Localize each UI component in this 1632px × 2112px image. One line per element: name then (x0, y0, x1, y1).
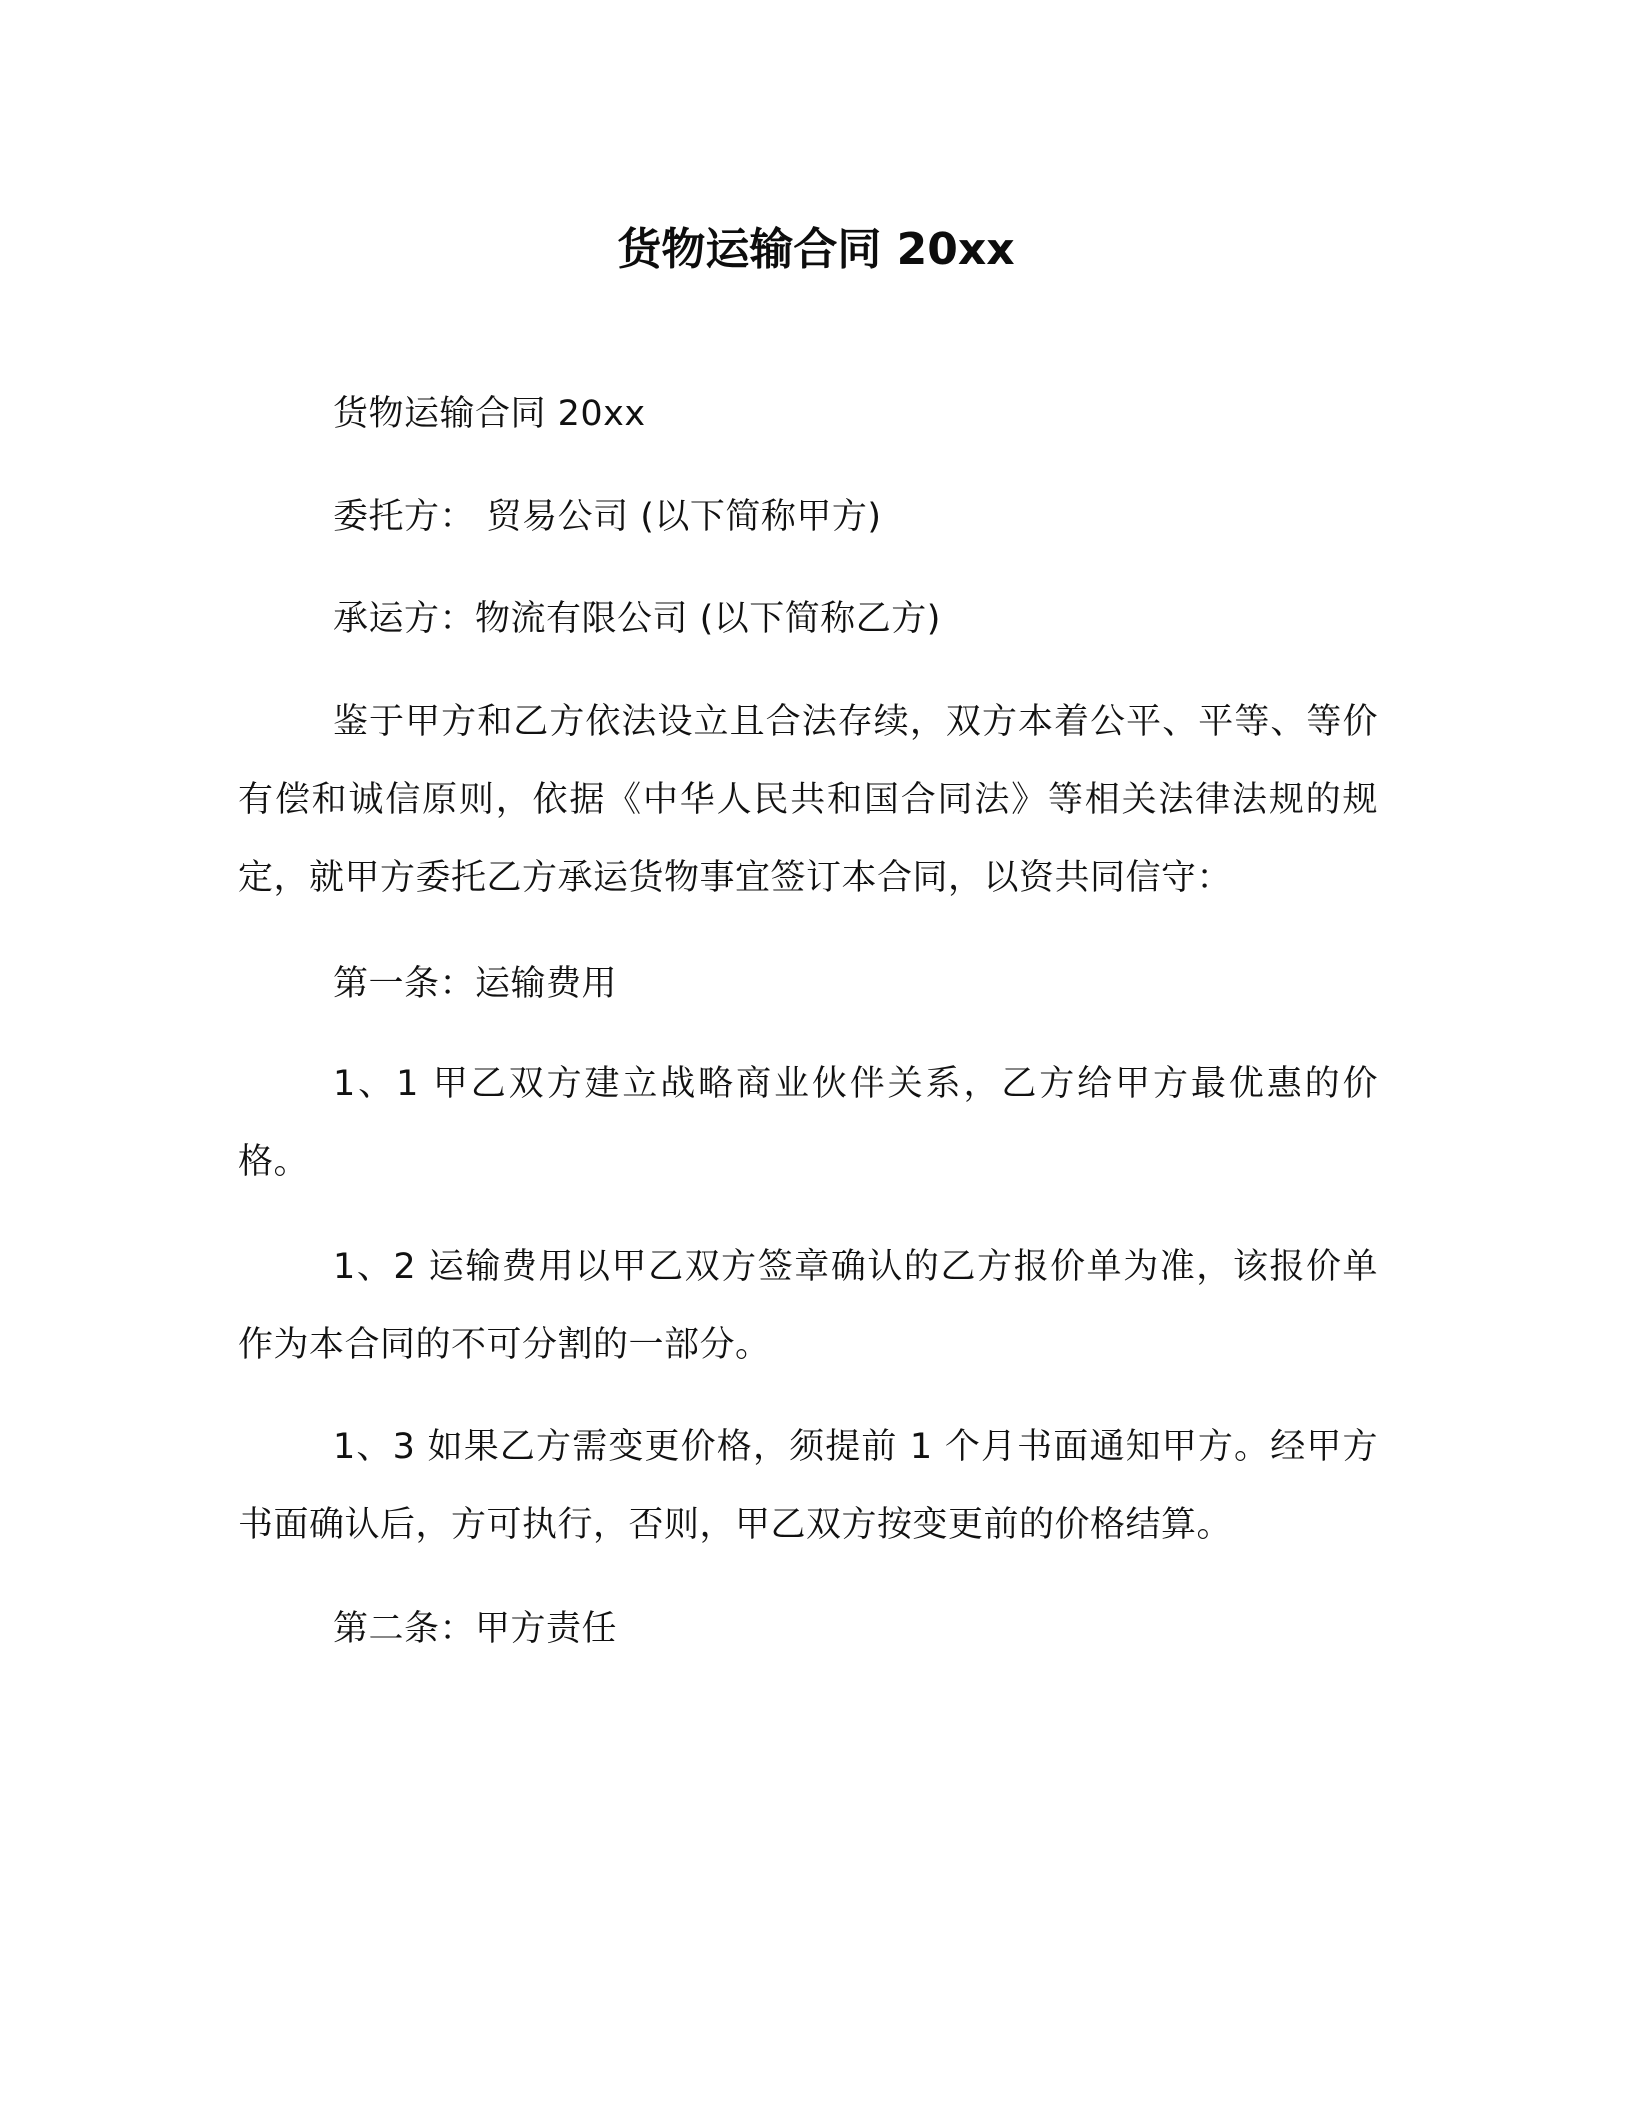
article-1-heading: 第一条：运输费用 (238, 945, 1378, 1023)
clause-1-3: 1、3 如果乙方需变更价格，须提前 1 个月书面通知甲方。经甲方书面确认后，方可… (238, 1408, 1378, 1564)
document-title: 货物运输合同 20xx (0, 222, 1632, 278)
paragraph-preamble: 鉴于甲方和乙方依法设立且合法存续，双方本着公平、平等、等价有偿和诚信原则，依据《… (238, 683, 1378, 917)
document-page: 货物运输合同 20xx 货物运输合同 20xx 委托方： 贸易公司 (以下简称甲… (0, 0, 1632, 2112)
clause-1-1: 1、1 甲乙双方建立战略商业伙伴关系，乙方给甲方最优惠的价格。 (238, 1045, 1378, 1201)
paragraph-consignor: 委托方： 贸易公司 (以下简称甲方) (238, 478, 1378, 556)
article-2-heading: 第二条：甲方责任 (238, 1590, 1378, 1668)
paragraph-carrier: 承运方：物流有限公司 (以下简称乙方) (238, 580, 1378, 658)
paragraph-subtitle: 货物运输合同 20xx (238, 375, 1378, 453)
clause-1-2: 1、2 运输费用以甲乙双方签章确认的乙方报价单为准，该报价单作为本合同的不可分割… (238, 1228, 1378, 1384)
